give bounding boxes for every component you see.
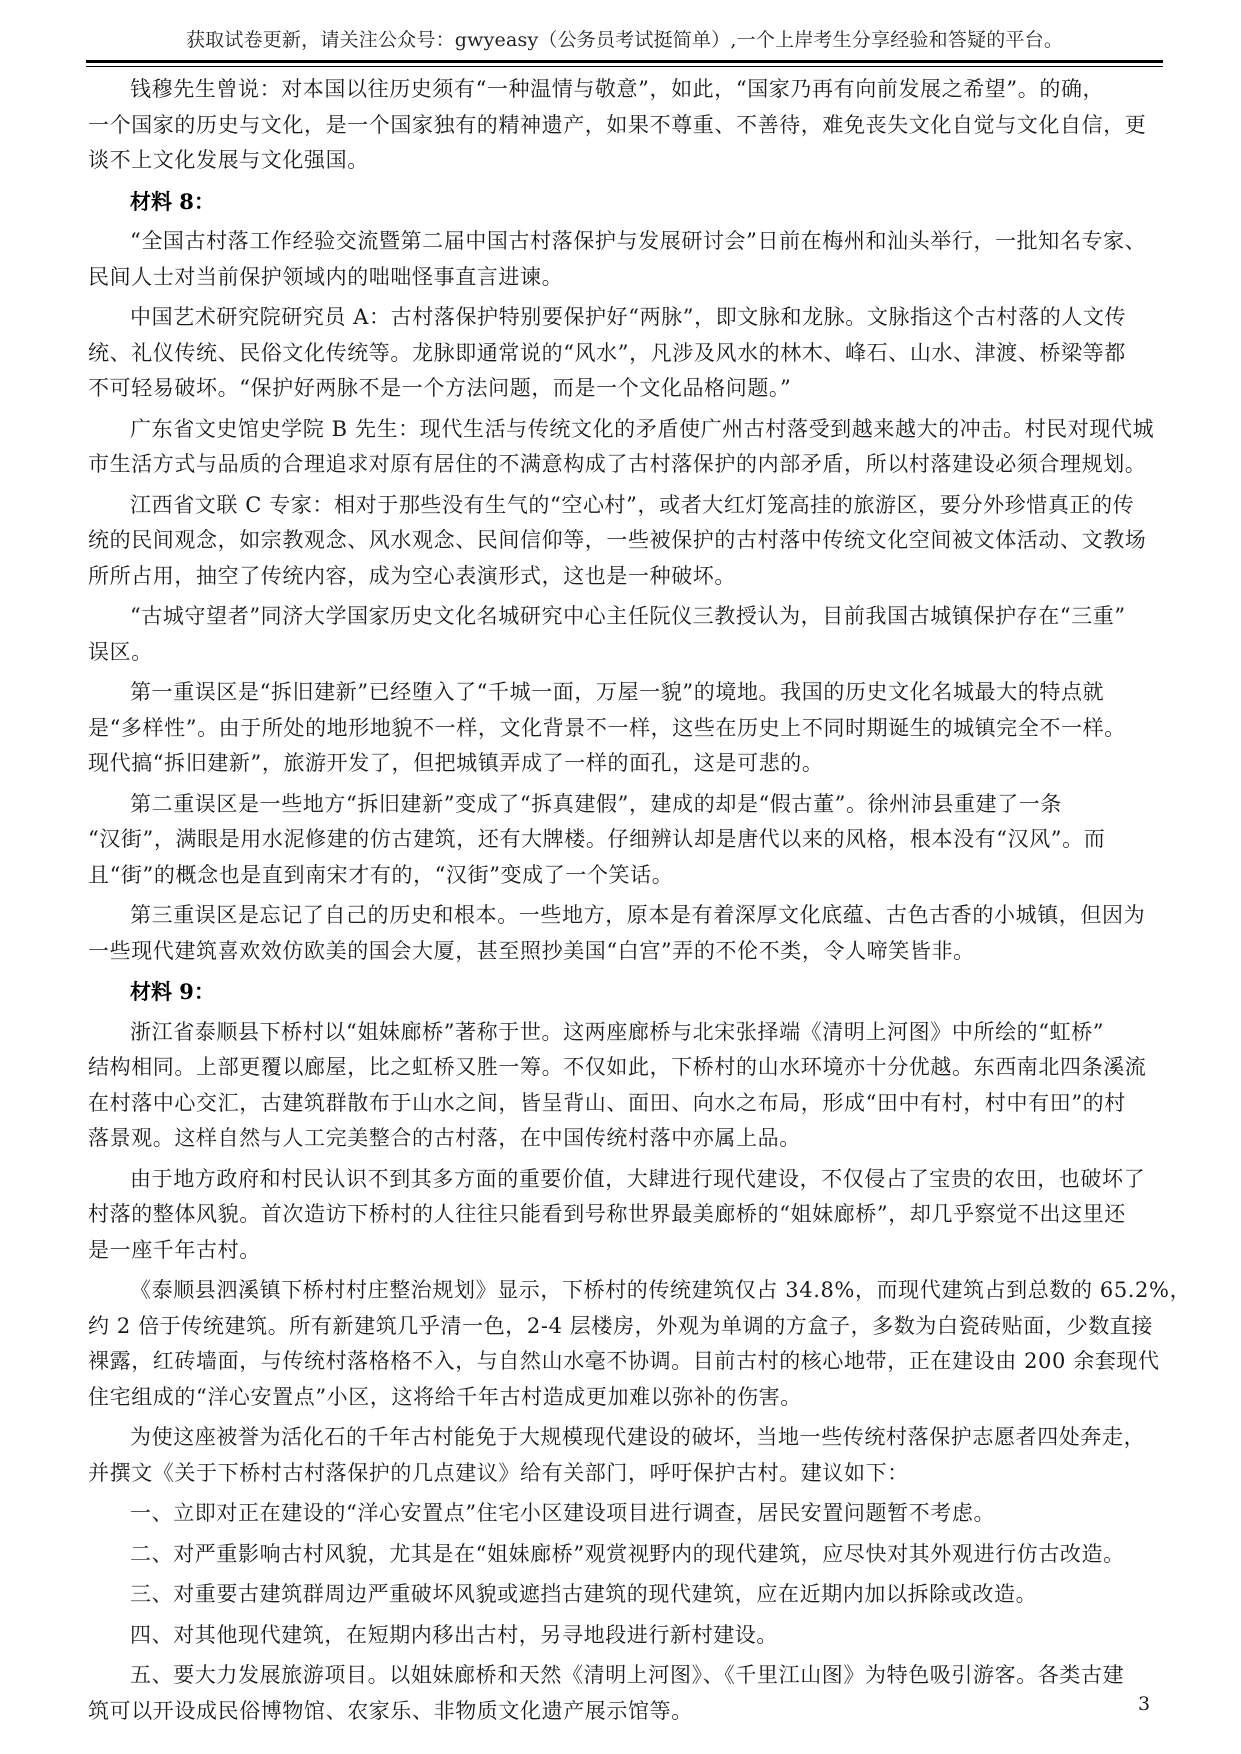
page-number: 3 <box>1138 1692 1150 1716</box>
text-line: 江西省文联 C 专家：相对于那些没有生气的“空心村”，或者大红灯笼高挂的旅游区，… <box>88 488 1154 524</box>
section-heading: 材料 8： <box>88 184 1154 220</box>
paragraph: 第二重误区是一些地方“拆旧建新”变成了“拆真建假”，建成的却是“假古董”。徐州沛… <box>88 787 1154 894</box>
paragraph: 五、要大力发展旅游项目。以姐妹廊桥和天然《清明上河图》、《千里江山图》为特色吸引… <box>88 1658 1154 1729</box>
text-line: 由于地方政府和村民认识不到其多方面的重要价值，大肆进行现代建设，不仅侵占了宝贵的… <box>88 1162 1154 1198</box>
paragraph: 一、立即对正在建设的“洋心安置点”住宅小区建设项目进行调查，居民安置问题暂不考虑… <box>88 1496 1154 1532</box>
text-line: 谈不上文化发展与文化强国。 <box>88 143 1154 179</box>
paragraph: 江西省文联 C 专家：相对于那些没有生气的“空心村”，或者大红灯笼高挂的旅游区，… <box>88 488 1154 595</box>
text-line: 统、礼仪传统、民俗文化传统等。龙脉即通常说的“风水”，凡涉及风水的林木、峰石、山… <box>88 336 1154 372</box>
paragraph: 第一重误区是“拆旧建新”已经堕入了“千城一面，万屋一貌”的境地。我国的历史文化名… <box>88 675 1154 782</box>
text-line: “全国古村落工作经验交流暨第二届中国古村落保护与发展研讨会”日前在梅州和汕头举行… <box>88 224 1154 260</box>
header-rule-thin <box>86 66 1163 67</box>
paragraph: 钱穆先生曾说：对本国以往历史须有“一种温情与敬意”，如此，“国家乃再有向前发展之… <box>88 72 1154 179</box>
text-line: 民间人士对当前保护领域内的咄咄怪事直言进谏。 <box>88 260 1154 296</box>
text-line: 五、要大力发展旅游项目。以姐妹廊桥和天然《清明上河图》、《千里江山图》为特色吸引… <box>88 1658 1154 1694</box>
text-line: 在村落中心交汇，古建筑群散布于山水之间，皆呈背山、面田、向水之布局，形成“田中有… <box>88 1086 1154 1122</box>
text-line: 第二重误区是一些地方“拆旧建新”变成了“拆真建假”，建成的却是“假古董”。徐州沛… <box>88 787 1154 823</box>
text-line: 四、对其他现代建筑，在短期内移出古村，另寻地段进行新村建设。 <box>88 1618 1154 1654</box>
header-rule-thick <box>86 60 1163 63</box>
paragraph: “古城守望者”同济大学国家历史文化名城研究中心主任阮仪三教授认为，目前我国古城镇… <box>88 599 1154 670</box>
text-line: 《泰顺县泗溪镇下桥村村庄整治规划》显示，下桥村的传统建筑仅占 34.8%，而现代… <box>88 1273 1154 1309</box>
document-body: 钱穆先生曾说：对本国以往历史须有“一种温情与敬意”，如此，“国家乃再有向前发展之… <box>88 72 1154 1734</box>
text-line: 市生活方式与品质的合理追求对原有居住的不满意构成了古村落保护的内部矛盾，所以村落… <box>88 447 1154 483</box>
paragraph: “全国古村落工作经验交流暨第二届中国古村落保护与发展研讨会”日前在梅州和汕头举行… <box>88 224 1154 295</box>
text-line: 为使这座被誉为活化石的千年古村能免于大规模现代建设的破坏，当地一些传统村落保护志… <box>88 1420 1154 1456</box>
text-line: 约 2 倍于传统建筑。所有新建筑几乎清一色，2-4 层楼房，外观为单调的方盒子，… <box>88 1309 1154 1345</box>
text-line: 第三重误区是忘记了自己的历史和根本。一些地方，原本是有着深厚文化底蕴、古色古香的… <box>88 898 1154 934</box>
text-line: 是“多样性”。由于所处的地形地貌不一样，文化背景不一样，这些在历史上不同时期诞生… <box>88 711 1154 747</box>
paragraph: 为使这座被誉为活化石的千年古村能免于大规模现代建设的破坏，当地一些传统村落保护志… <box>88 1420 1154 1491</box>
text-line: 第一重误区是“拆旧建新”已经堕入了“千城一面，万屋一貌”的境地。我国的历史文化名… <box>88 675 1154 711</box>
paragraph: 广东省文史馆史学院 B 先生：现代生活与传统文化的矛盾使广州古村落受到越来越大的… <box>88 412 1154 483</box>
text-line: 钱穆先生曾说：对本国以往历史须有“一种温情与敬意”，如此，“国家乃再有向前发展之… <box>88 72 1154 108</box>
paragraph: 《泰顺县泗溪镇下桥村村庄整治规划》显示，下桥村的传统建筑仅占 34.8%，而现代… <box>88 1273 1154 1415</box>
text-line: 中国艺术研究院研究员 A：古村落保护特别要保护好“两脉”，即文脉和龙脉。文脉指这… <box>88 300 1154 336</box>
text-line: “古城守望者”同济大学国家历史文化名城研究中心主任阮仪三教授认为，目前我国古城镇… <box>88 599 1154 635</box>
text-line: 落景观。这样自然与人工完美整合的古村落，在中国传统村落中亦属上品。 <box>88 1121 1154 1157</box>
text-line: 筑可以开设成民俗博物馆、农家乐、非物质文化遗产展示馆等。 <box>88 1694 1154 1730</box>
text-line: 一些现代建筑喜欢效仿欧美的国会大厦，甚至照抄美国“白宫”弄的不伦不类，令人啼笑皆… <box>88 934 1154 970</box>
text-line: 且“街”的概念也是直到南宋才有的，“汉街”变成了一个笑话。 <box>88 858 1154 894</box>
paragraph: 由于地方政府和村民认识不到其多方面的重要价值，大肆进行现代建设，不仅侵占了宝贵的… <box>88 1162 1154 1269</box>
text-line: 住宅组成的“洋心安置点”小区，这将给千年古村造成更加难以弥补的伤害。 <box>88 1380 1154 1416</box>
text-line: 浙江省泰顺县下桥村以“姐妹廊桥”著称于世。这两座廊桥与北宋张择端《清明上河图》中… <box>88 1015 1154 1051</box>
section-heading: 材料 9： <box>88 974 1154 1010</box>
text-line: 并撰文《关于下桥村古村落保护的几点建议》给有关部门，呼吁保护古村。建议如下： <box>88 1456 1154 1492</box>
paragraph: 浙江省泰顺县下桥村以“姐妹廊桥”著称于世。这两座廊桥与北宋张择端《清明上河图》中… <box>88 1015 1154 1157</box>
text-line: 一个国家的历史与文化，是一个国家独有的精神遗产，如果不尊重、不善待，难免丧失文化… <box>88 108 1154 144</box>
text-line: 村落的整体风貌。首次造访下桥村的人往往只能看到号称世界最美廊桥的“姐妹廊桥”，却… <box>88 1197 1154 1233</box>
text-line: “汉街”，满眼是用水泥修建的仿古建筑，还有大牌楼。仔细辨认却是唐代以来的风格，根… <box>88 822 1154 858</box>
paragraph: 三、对重要古建筑群周边严重破坏风貌或遮挡古建筑的现代建筑，应在近期内加以拆除或改… <box>88 1577 1154 1613</box>
text-line: 不可轻易破坏。“保护好两脉不是一个方法问题，而是一个文化品格问题。” <box>88 371 1154 407</box>
text-line: 一、立即对正在建设的“洋心安置点”住宅小区建设项目进行调查，居民安置问题暂不考虑… <box>88 1496 1154 1532</box>
paragraph: 第三重误区是忘记了自己的历史和根本。一些地方，原本是有着深厚文化底蕴、古色古香的… <box>88 898 1154 969</box>
text-line: 广东省文史馆史学院 B 先生：现代生活与传统文化的矛盾使广州古村落受到越来越大的… <box>88 412 1154 448</box>
document-page: 获取试卷更新，请关注公众号：gwyeasy（公务员考试挺简单）,一个上岸考生分享… <box>0 0 1241 1754</box>
text-line: 统的民间观念，如宗教观念、风水观念、民间信仰等，一些被保护的古村落中传统文化空间… <box>88 523 1154 559</box>
paragraph: 中国艺术研究院研究员 A：古村落保护特别要保护好“两脉”，即文脉和龙脉。文脉指这… <box>88 300 1154 407</box>
text-line: 所所占用，抽空了传统内容，成为空心表演形式，这也是一种破坏。 <box>88 559 1154 595</box>
text-line: 现代搞“拆旧建新”，旅游开发了，但把城镇弄成了一样的面孔，这是可悲的。 <box>88 746 1154 782</box>
text-line: 裸露，红砖墙面，与传统村落格格不入，与自然山水毫不协调。目前古村的核心地带，正在… <box>88 1344 1154 1380</box>
text-line: 误区。 <box>88 635 1154 671</box>
text-line: 是一座千年古村。 <box>88 1233 1154 1269</box>
paragraph: 四、对其他现代建筑，在短期内移出古村，另寻地段进行新村建设。 <box>88 1618 1154 1654</box>
page-header: 获取试卷更新，请关注公众号：gwyeasy（公务员考试挺简单）,一个上岸考生分享… <box>86 28 1163 52</box>
text-line: 结构相同。上部更覆以廊屋，比之虹桥又胜一筹。不仅如此，下桥村的山水环境亦十分优越… <box>88 1050 1154 1086</box>
paragraph: 二、对严重影响古村风貌，尤其是在“姐妹廊桥”观赏视野内的现代建筑，应尽快对其外观… <box>88 1537 1154 1573</box>
text-line: 三、对重要古建筑群周边严重破坏风貌或遮挡古建筑的现代建筑，应在近期内加以拆除或改… <box>88 1577 1154 1613</box>
text-line: 二、对严重影响古村风貌，尤其是在“姐妹廊桥”观赏视野内的现代建筑，应尽快对其外观… <box>88 1537 1154 1573</box>
